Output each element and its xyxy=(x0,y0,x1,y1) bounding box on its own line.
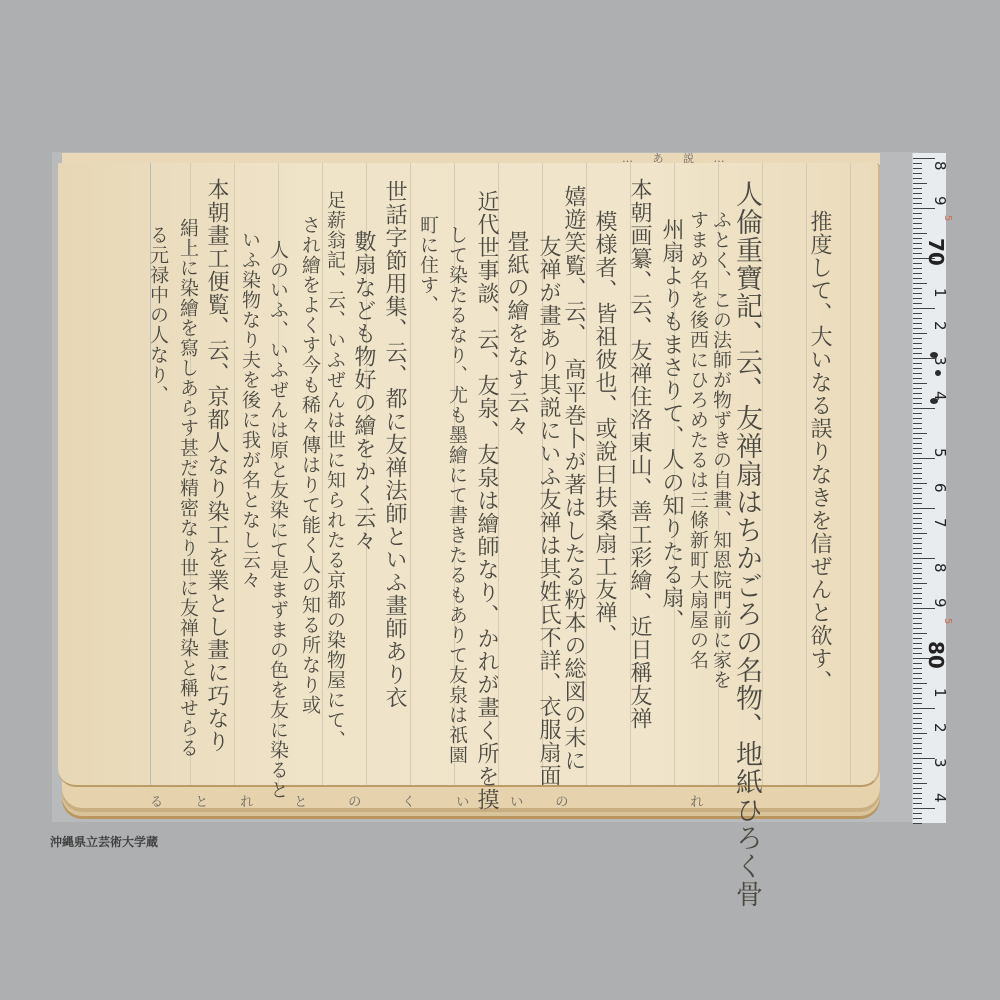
text-column-4: すまめ名を後西にひろめたるは三條新町大扇屋の名 xyxy=(688,210,707,670)
ruler-label: 6 xyxy=(927,483,947,493)
ruler-tick xyxy=(913,783,927,784)
ruler-tick xyxy=(913,793,922,794)
ruler-tick xyxy=(913,423,922,424)
ruler-tick xyxy=(913,263,922,264)
ruler-tick xyxy=(913,283,927,284)
ruler-tick xyxy=(913,643,922,644)
text-column-1: 推度して、大いなる誤りなきを信ぜんと欲す、 xyxy=(808,210,830,693)
ruler-tick xyxy=(913,533,927,534)
ruler-tick xyxy=(913,813,922,814)
ruler-tick xyxy=(913,618,922,619)
ruler-tick xyxy=(913,688,922,689)
ruler-tick xyxy=(913,778,922,779)
ruler-tick xyxy=(913,208,935,209)
ruler-tick xyxy=(913,298,922,299)
ruler-tick xyxy=(913,438,922,439)
ruler-tick xyxy=(913,703,922,704)
ruler-tick xyxy=(913,713,922,714)
ruler-tick xyxy=(913,413,922,414)
rule-line xyxy=(234,163,235,785)
ruler-label: 9 xyxy=(927,598,947,608)
ruler-label: 7 xyxy=(927,518,947,528)
ruler-tick xyxy=(913,478,922,479)
underlying-page-fragment: る と れ と の く い い の れ xyxy=(150,791,717,810)
ruler-tick xyxy=(913,218,922,219)
ruler-tick xyxy=(913,303,922,304)
ruler-tick xyxy=(913,583,927,584)
ruler-tick xyxy=(913,398,922,399)
ruler-tick xyxy=(913,498,922,499)
ruler-tick xyxy=(913,708,935,709)
ruler-tick xyxy=(913,578,922,579)
text-column-21: 絹上に染繪を寫しあらす甚だ精密なり世に友禅染と稱せらる xyxy=(178,218,197,758)
text-column-7: 模様者、皆祖彼也、或說曰扶桑扇工友禅、 xyxy=(593,210,615,647)
ruler-label: 4 xyxy=(927,793,947,803)
ruler-tick xyxy=(913,543,922,544)
ruler-tick xyxy=(913,268,922,269)
ruler-label: 9 xyxy=(927,196,947,206)
ruler-tick xyxy=(913,428,922,429)
ruler-tick xyxy=(913,753,922,754)
ruler-smudge xyxy=(930,352,938,358)
ruler-tick xyxy=(913,168,922,169)
ruler-tick xyxy=(913,238,922,239)
ruler-tick xyxy=(913,568,922,569)
ruler-tick xyxy=(913,623,922,624)
ruler-tick xyxy=(913,243,922,244)
ruler-tick xyxy=(913,763,922,764)
ruler-tick xyxy=(913,663,922,664)
ruler-tick xyxy=(913,323,922,324)
ruler-tick xyxy=(913,673,922,674)
ruler-tick xyxy=(913,723,922,724)
ruler-label: 5 xyxy=(932,618,952,624)
text-column-20: 本朝畫工便覧、云、京都人なり染工を業とし畫に巧なり xyxy=(205,178,227,753)
ruler-tick xyxy=(913,773,922,774)
ruler-tick xyxy=(913,328,922,329)
rule-line xyxy=(410,163,411,785)
ruler-tick xyxy=(913,803,922,804)
text-column-9: 友禅が畫あり其説にいふ友禅は其姓氏不詳、衣服扇面 xyxy=(537,235,559,787)
ruler-tick xyxy=(913,508,935,509)
ruler-tick xyxy=(913,343,922,344)
ruler-tick xyxy=(913,468,922,469)
ruler-tick xyxy=(913,188,922,189)
ruler-label: 1 xyxy=(927,288,947,298)
text-column-22: る元禄中の人なり、 xyxy=(148,225,167,405)
ruler-tick xyxy=(913,318,922,319)
ruler-tick xyxy=(913,548,922,549)
ruler-tick xyxy=(913,443,922,444)
text-column-10: 畳紙の繪をなす云々 xyxy=(505,230,527,437)
ruler-tick xyxy=(913,473,922,474)
ruler-tick xyxy=(913,293,922,294)
text-column-15: 數扇なども物好の繪をかく云々 xyxy=(352,230,374,552)
ruler-tick xyxy=(913,193,922,194)
ruler-tick xyxy=(913,393,922,394)
ruler-tick xyxy=(913,183,927,184)
ruler-smudge xyxy=(935,370,941,376)
text-column-17: され繪をよくす今も稀々傳はりて能く人の知る所なり或 xyxy=(300,215,319,715)
rule-line xyxy=(586,163,587,785)
ruler-label: 5 xyxy=(932,215,952,221)
ruler-tick xyxy=(913,653,922,654)
text-column-19: いふ染物なり夫を後に我が名となし云々 xyxy=(240,230,259,590)
ruler-tick xyxy=(913,573,922,574)
rule-line xyxy=(322,163,323,785)
ruler-tick xyxy=(913,698,922,699)
ruler-tick xyxy=(913,648,922,649)
ruler-tick xyxy=(913,163,922,164)
ruler-tick xyxy=(913,233,927,234)
ruler-tick xyxy=(913,603,922,604)
ruler-tick xyxy=(913,638,922,639)
ruler-tick xyxy=(913,203,922,204)
ruler-tick xyxy=(913,633,927,634)
rule-line xyxy=(762,163,763,785)
ruler-tick xyxy=(913,338,922,339)
ruler-tick xyxy=(913,408,935,409)
ruler-tick xyxy=(913,668,922,669)
ruler-label: 1 xyxy=(927,688,947,698)
ruler-tick xyxy=(913,818,922,819)
ruler-tick xyxy=(913,748,922,749)
ruler-tick xyxy=(913,308,935,309)
ruler-tick xyxy=(913,523,922,524)
ruler-tick xyxy=(913,403,922,404)
ruler-tick xyxy=(913,378,922,379)
ruler-tick xyxy=(913,628,922,629)
ruler-tick xyxy=(913,588,922,589)
ruler-tick xyxy=(913,313,922,314)
ruler-tick xyxy=(913,353,922,354)
ruler-tick xyxy=(913,528,922,529)
ruler-tick xyxy=(913,228,922,229)
ruler-tick xyxy=(913,718,922,719)
ruler-tick xyxy=(913,503,922,504)
ruler-label: 80 xyxy=(926,641,946,669)
ruler-tick xyxy=(913,743,922,744)
ruler-label: 5 xyxy=(927,448,947,458)
ruler-label: 8 xyxy=(927,161,947,171)
ruler-tick xyxy=(913,823,922,824)
ruler-tick xyxy=(913,513,922,514)
ruler-tick xyxy=(913,488,922,489)
ruler-label: 2 xyxy=(927,723,947,733)
ruler-tick xyxy=(913,683,927,684)
ruler-tick xyxy=(913,518,922,519)
ruler-tick xyxy=(913,798,922,799)
ruler-tick xyxy=(913,693,922,694)
text-column-8: 嬉遊笑覧、云、 高平巻卜が著はしたる粉本の総図の末に xyxy=(562,185,584,772)
ruler-tick xyxy=(913,288,922,289)
text-column-12: して染たるなり、尤も墨繪にて書きたるもありて友泉は祇園 xyxy=(447,225,466,765)
ruler-tick xyxy=(913,563,922,564)
ruler-label: 2 xyxy=(927,321,947,331)
measuring-ruler: 8 9 5 70 1 2 3 4 5 6 7 8 9 5 80 1 2 3 4 xyxy=(912,153,946,823)
rule-line xyxy=(850,163,851,785)
ruler-tick xyxy=(913,278,922,279)
text-column-14: 世話字節用集、云、都に友禅法師といふ畫師あり衣 xyxy=(383,180,405,709)
ruler-tick xyxy=(913,593,922,594)
ruler-tick xyxy=(913,458,935,459)
ruler-tick xyxy=(913,493,922,494)
text-column-16: 足薪翁記、云、いふぜんは世に知られたる京都の染物屋にて、 xyxy=(325,190,344,750)
ruler-tick xyxy=(913,248,922,249)
ruler-tick xyxy=(913,463,922,464)
ruler-tick xyxy=(913,383,927,384)
ruler-tick xyxy=(913,213,922,214)
ruler-tick xyxy=(913,348,922,349)
ruler-label: 8 xyxy=(927,563,947,573)
text-column-13: 町に住す、 xyxy=(418,215,437,315)
ruler-tick xyxy=(913,198,922,199)
collection-credit: 沖縄県立芸術大学蔵 xyxy=(50,833,158,850)
ruler-tick xyxy=(913,768,922,769)
ruler-tick xyxy=(913,483,927,484)
ruler-label: 70 xyxy=(926,238,946,266)
ruler-tick xyxy=(913,678,922,679)
ruler-label: 3 xyxy=(927,356,947,366)
text-column-3: ふとく、この法師が物ずきの自畫、知恩院門前に家を xyxy=(711,210,730,690)
text-column-5: 州扇よりもまさりて、人の知りたる扇、 xyxy=(660,218,682,632)
ruler-tick xyxy=(913,273,922,274)
ruler-tick xyxy=(913,333,927,334)
ruler-tick xyxy=(913,558,935,559)
ruler-tick xyxy=(913,433,927,434)
ruler-tick xyxy=(913,598,922,599)
text-column-11: 近代世事談、云、友泉、友泉は繪師なり、かれが畫く所を摸 xyxy=(475,190,497,811)
ruler-tick xyxy=(913,223,922,224)
ruler-tick xyxy=(913,253,922,254)
text-column-18: 人のいふ、いふぜんは原と友染にて是まずまの色を友に染ると xyxy=(268,240,287,800)
ruler-tick xyxy=(913,538,922,539)
ruler-tick xyxy=(913,448,922,449)
ruler-label: 3 xyxy=(927,758,947,768)
ruler-tick xyxy=(913,553,922,554)
ruler-tick xyxy=(913,613,922,614)
ruler-tick xyxy=(913,733,927,734)
ruler-tick xyxy=(913,808,935,809)
ruler-tick xyxy=(913,173,922,174)
text-column-6: 本朝画纂、云、友禅住洛東山、善工彩繪、近日稱友禅 xyxy=(628,178,650,730)
ruler-tick xyxy=(913,178,922,179)
ruler-smudge xyxy=(930,398,938,404)
ruler-tick xyxy=(913,368,922,369)
ruler-tick xyxy=(913,388,922,389)
ruler-tick xyxy=(913,608,935,609)
ruler-tick xyxy=(913,453,922,454)
ruler-tick xyxy=(913,418,922,419)
ruler-tick xyxy=(913,363,922,364)
ruler-tick xyxy=(913,158,935,159)
ruler-tick xyxy=(913,728,922,729)
ruler-tick xyxy=(913,738,922,739)
ruler-tick xyxy=(913,788,922,789)
ruler-tick xyxy=(913,373,922,374)
text-column-2: 人倫重寶記、云、友禅扇はちかごろの名物、地紙ひろく骨 xyxy=(733,180,760,908)
